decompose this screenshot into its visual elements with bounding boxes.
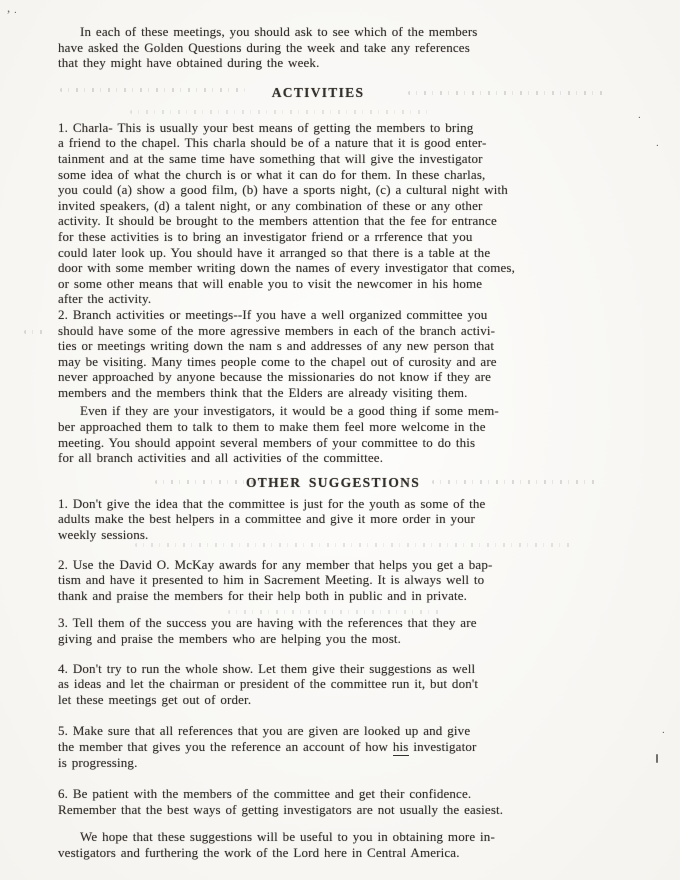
ink-speck bbox=[656, 754, 658, 763]
suggestion-3: 3. Tell them of the success you are havi… bbox=[58, 615, 618, 646]
ink-speck: . bbox=[662, 725, 665, 736]
activities-note-paragraph: Even if they are your investigators, it … bbox=[58, 403, 618, 465]
intro-paragraph: In each of these meetings, you should as… bbox=[58, 24, 618, 71]
suggestion-1: 1. Don't give the idea that the committe… bbox=[58, 496, 618, 543]
ink-speck: , bbox=[7, 1, 10, 14]
suggestion-2: 2. Use the David O. McKay awards for any… bbox=[58, 557, 618, 604]
scan-smudge bbox=[24, 330, 46, 334]
ink-speck: . bbox=[14, 5, 17, 16]
scanned-document: { "colors": { "paper": "#fbfaf7", "ink":… bbox=[0, 0, 680, 880]
closing-paragraph: We hope that these suggestions will be u… bbox=[58, 829, 618, 860]
activities-item-2: 2. Branch activities or meetings--If you… bbox=[58, 307, 618, 401]
activities-item-1: 1. Charla- This is usually your best mea… bbox=[58, 120, 618, 307]
ink-speck: . bbox=[656, 138, 659, 149]
suggestion-5: 5. Make sure that all references that yo… bbox=[58, 723, 618, 770]
section-heading-activities: ACTIVITIES bbox=[58, 85, 578, 101]
suggestion-6: 6. Be patient with the members of the co… bbox=[58, 786, 618, 817]
section-heading-other-suggestions: OTHER SUGGESTIONS bbox=[58, 475, 608, 491]
suggestion-4: 4. Don't try to run the whole show. Let … bbox=[58, 661, 618, 708]
document-page: In each of these meetings, you should as… bbox=[58, 24, 618, 861]
underlined-word: his bbox=[393, 739, 409, 756]
ink-speck: . bbox=[638, 110, 641, 121]
